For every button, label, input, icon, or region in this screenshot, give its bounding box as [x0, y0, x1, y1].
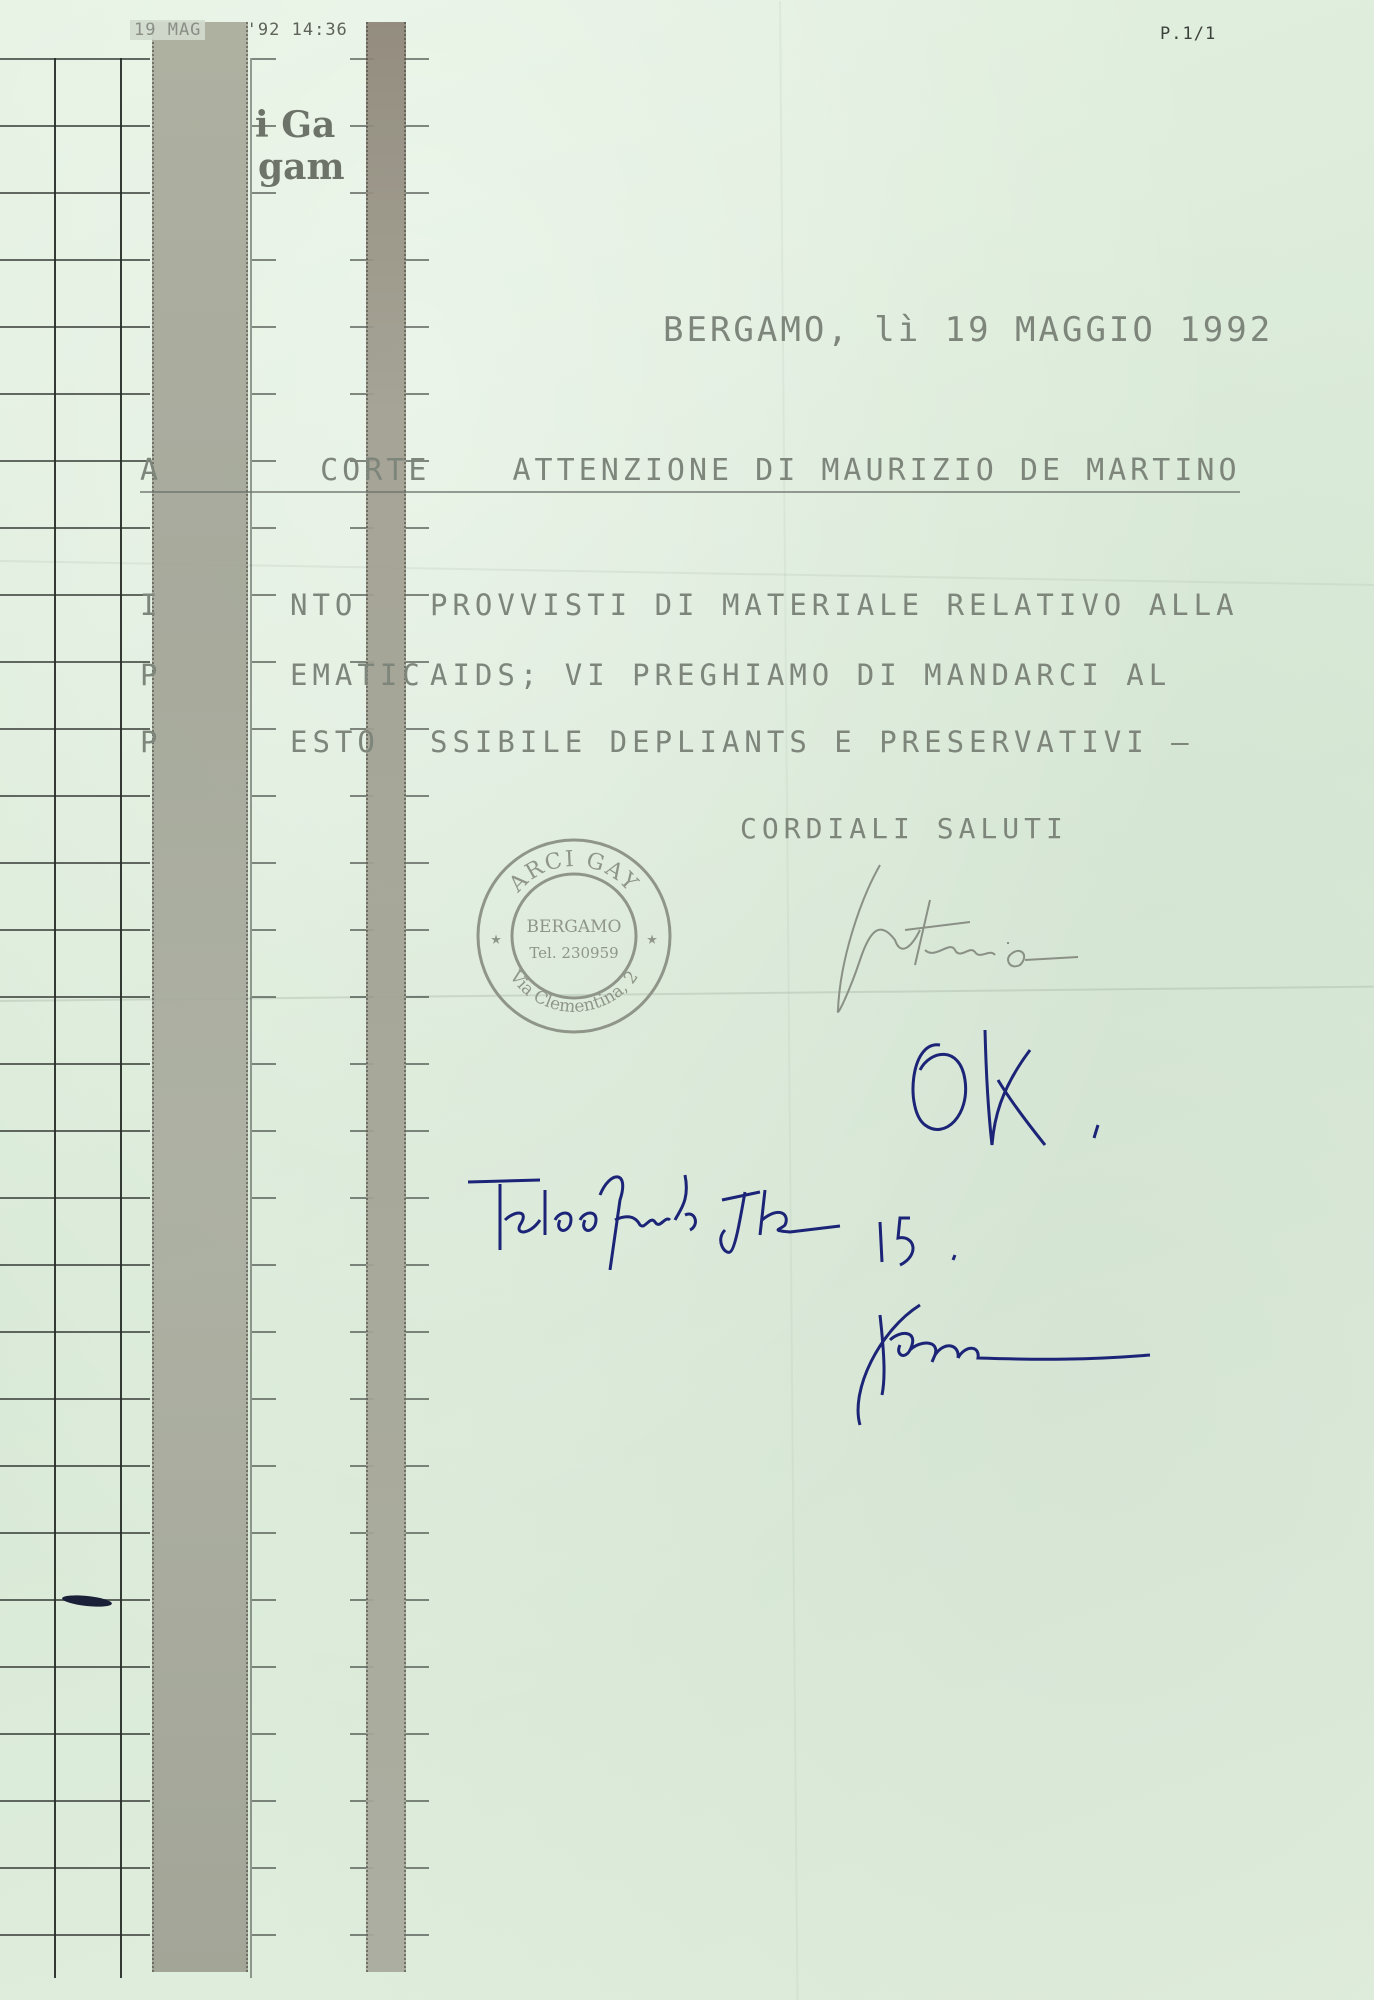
- place-date: BERGAMO, lì 19 MAGGIO 1992: [663, 310, 1273, 350]
- closing-salutation: CORDIALI SALUTI: [740, 812, 1068, 845]
- fax-dark-band: [366, 22, 406, 1972]
- body-line-left: P: [140, 725, 162, 759]
- body-line-right: PROVVISTI DI MATERIALE RELATIVO ALLA: [430, 588, 1239, 622]
- grid-line: [54, 58, 56, 1978]
- grid-ticks: [405, 58, 429, 1978]
- fax-date: 19 MAG: [130, 20, 205, 40]
- signature-antonio: [820, 860, 1080, 1020]
- handwritten-telefonato: [460, 1160, 1220, 1270]
- body-line-mid: ESTO: [290, 725, 380, 759]
- page-indicator: P.1/1: [1160, 24, 1216, 44]
- body-line-right: SSIBILE DEPLIANTS E PRESERVATIVI —: [430, 725, 1194, 759]
- body-line-right: AIDS; VI PREGHIAMO DI MANDARCI AL: [430, 658, 1171, 692]
- stamp-center-1: BERGAMO: [527, 917, 622, 937]
- body-line: P ESTO SSIBILE DEPLIANTS E PRESERVATIVI …: [140, 725, 162, 759]
- star-icon: ★: [491, 928, 502, 949]
- attention-full-text: ALLA CORTESE ATTENZIONE DI MAURIZIO DE M…: [0, 0, 1, 1]
- body-line: I NTO PROVVISTI DI MATERIALE RELATIVO AL…: [140, 588, 162, 622]
- star-icon: ★: [647, 928, 658, 949]
- fax-timestamp: 19 MAG '92 14:36: [130, 20, 348, 40]
- attention-line: A CORTE ATTENZIONE DI MAURIZIO DE MARTIN…: [140, 453, 1240, 493]
- signature-text: Antonio: [0, 0, 1, 1]
- body-line-mid: NTO: [290, 588, 357, 622]
- body-line-left: P: [140, 658, 162, 692]
- annotation-initials: Nm: [0, 0, 1, 1]
- handwritten-ok: [890, 1030, 1110, 1170]
- svg-text:Via Clementina, 2: Via Clementina, 2: [505, 966, 643, 1017]
- paper-crease: [779, 1, 798, 2000]
- body-line-left: I: [140, 588, 162, 622]
- letterhead-city: gam: [258, 146, 345, 188]
- handwritten-initials: [840, 1300, 1160, 1430]
- body-line: P EMATIC AIDS; VI PREGHIAMO DI MANDARCI …: [140, 658, 162, 692]
- grid-pattern: [0, 58, 150, 1978]
- letterhead-org: i Ga: [255, 104, 335, 146]
- stamp-center-2: Tel. 230959: [529, 944, 618, 962]
- attention-fragment-main: ATTENZIONE DI MAURIZIO DE MARTINO: [513, 453, 1241, 488]
- attention-fragment-a: A: [140, 453, 162, 488]
- body-line-mid: EMATIC: [290, 658, 425, 692]
- fax-dark-band: [152, 22, 248, 1972]
- annotation-line-1: OK,: [0, 0, 1, 1]
- arci-gay-stamp: ARCI GAY Via Clementina, 2 BERGAMO Tel. …: [474, 836, 674, 1036]
- annotation-line-2: Telefonato Ore 15.: [0, 0, 1, 1]
- stamp-bottom-arc: Via Clementina, 2: [505, 966, 643, 1017]
- fax-page: 19 MAG '92 14:36 P.1/1 i Ga gam BERGAMO,…: [0, 0, 1374, 2000]
- grid-line: [120, 58, 122, 1978]
- grid-ticks: [252, 58, 276, 1978]
- fax-year-time: '92 14:36: [247, 20, 348, 40]
- attention-fragment-corte: CORTE: [320, 453, 430, 488]
